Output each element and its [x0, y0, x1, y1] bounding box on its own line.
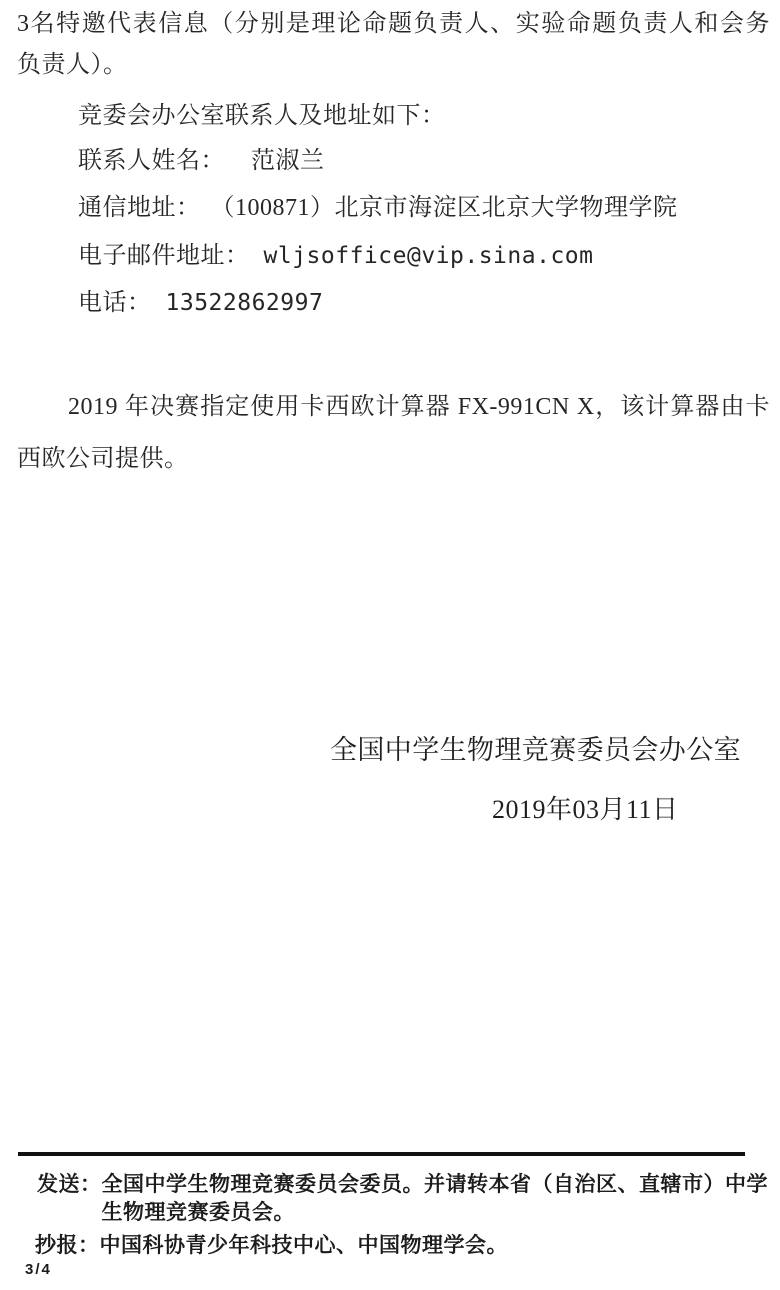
contact-phone-label: 电话： [78, 290, 152, 316]
contact-email-value: wljsoffice@vip.sina.com [264, 243, 594, 269]
contact-row-phone: 电话：13522862997 [78, 288, 323, 318]
footer-send-label: 发送： [37, 1171, 102, 1227]
footer-copy-label: 抄报： [35, 1232, 100, 1260]
footer-copy-line1: 中国科协青少年科技中心、中国物理学会。 [100, 1232, 776, 1260]
signature-organization: 全国中学生物理竞赛委员会办公室 [330, 728, 741, 767]
footer-send-text: 全国中学生物理竞赛委员会委员。并请转本省（自治区、直辖市）中学 生物理竞赛委员会… [102, 1171, 778, 1227]
intro-paragraph-line1: 3名特邀代表信息（分别是理论命题负责人、实验命题负责人和会务 [17, 9, 770, 39]
footer-copy-row: 抄报： 中国科协青少年科技中心、中国物理学会。 [35, 1232, 776, 1260]
page-number: 3/4 [25, 1261, 52, 1278]
contact-email-label: 电子邮件地址： [78, 243, 250, 269]
calculator-paragraph-line2: 西欧公司提供。 [17, 444, 189, 474]
footer-copy-text: 中国科协青少年科技中心、中国物理学会。 [100, 1232, 776, 1260]
contact-row-email: 电子邮件地址：wljsoffice@vip.sina.com [78, 241, 594, 271]
footer-send-line2: 生物理竞赛委员会。 [102, 1199, 778, 1227]
contact-address-value: （100871）北京市海淀区北京大学物理学院 [223, 195, 678, 221]
contact-row-address: 通信地址：（100871）北京市海淀区北京大学物理学院 [78, 193, 678, 223]
contact-row-name: 联系人姓名：范淑兰 [78, 146, 325, 176]
contact-address-label: 通信地址： [78, 195, 201, 221]
contact-name-label: 联系人姓名： [78, 148, 225, 174]
footer-send-line1: 全国中学生物理竞赛委员会委员。并请转本省（自治区、直辖市）中学 [102, 1171, 778, 1199]
document-page: 3名特邀代表信息（分别是理论命题负责人、实验命题负责人和会务 负责人）。 竞委会… [0, 0, 780, 1290]
calculator-paragraph-line1: 2019 年决赛指定使用卡西欧计算器 FX-991CN X，该计算器由卡 [68, 392, 770, 422]
contact-section-heading: 竞委会办公室联系人及地址如下： [78, 101, 446, 131]
contact-name-value: 范淑兰 [251, 148, 325, 174]
footer-divider-rule [18, 1152, 745, 1156]
contact-phone-value: 13522862997 [166, 290, 324, 316]
footer-send-row: 发送： 全国中学生物理竞赛委员会委员。并请转本省（自治区、直辖市）中学 生物理竞… [37, 1171, 778, 1227]
signature-date: 2019年03月11日 [492, 789, 679, 826]
intro-paragraph-line2: 负责人）。 [17, 50, 128, 80]
